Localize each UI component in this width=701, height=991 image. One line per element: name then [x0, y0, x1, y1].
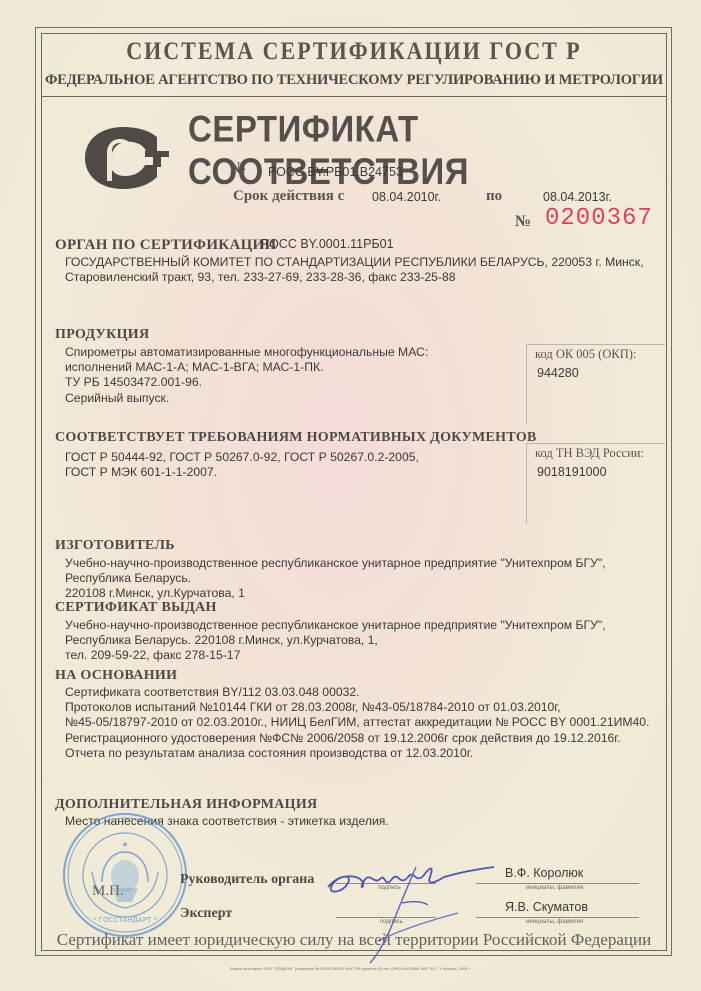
- head-label: Руководитель органа: [180, 872, 314, 888]
- certificate-number: РОСС BY.РБ01.В24753: [268, 165, 403, 179]
- svg-text:* ГОССТАНДАРТ *: * ГОССТАНДАРТ *: [93, 916, 158, 924]
- certification-body-code: РОСС BY.0001.11РБ01: [261, 237, 394, 251]
- validity-label: Срок действия с: [233, 188, 344, 205]
- okp-code-label: код ОК 005 (ОКП):: [535, 347, 665, 362]
- compliance-standards: ГОСТ Р 50444-92, ГОСТ Р 50267.0-92, ГОСТ…: [65, 450, 419, 480]
- head-name-line: [476, 883, 639, 884]
- blank-number: 0200367: [545, 205, 653, 232]
- official-stamp-icon: ★ * ГОССТАНДАРТ *: [62, 812, 188, 938]
- legal-statement: Сертификат имеет юридическую силу на все…: [41, 930, 667, 950]
- manufacturer-title: ИЗГОТОВИТЕЛЬ: [55, 538, 175, 554]
- issued-to-title: СЕРТИФИКАТ ВЫДАН: [55, 600, 217, 616]
- product-description: Спирометры автоматизированные многофункц…: [65, 345, 428, 406]
- system-title: СИСТЕМА СЕРТИФИКАЦИИ ГОСТ Р: [41, 36, 667, 66]
- expert-name-caption: инициалы, фамилия: [526, 919, 583, 925]
- agency-title: ФЕДЕРАЛЬНОЕ АГЕНТСТВО ПО ТЕХНИЧЕСКОМУ РЕ…: [41, 72, 667, 89]
- head-name: В.Ф. Королюк: [505, 866, 583, 880]
- svg-text:★: ★: [121, 840, 128, 849]
- compliance-title: СООТВЕТСТВУЕТ ТРЕБОВАНИЯМ НОРМАТИВНЫХ ДО…: [55, 430, 537, 446]
- stamp-place-label: М.П.: [92, 883, 124, 900]
- okp-code-value: 944280: [537, 366, 665, 380]
- expert-label: Эксперт: [180, 906, 232, 922]
- tnved-code-label: код ТН ВЭД России:: [535, 446, 665, 461]
- header-divider: [41, 96, 667, 97]
- print-info: Бланк изготовлен ЗАО "ОПЦИОН" (лицензия …: [0, 966, 701, 971]
- valid-from: 08.04.2010г.: [372, 190, 441, 204]
- blank-number-sign: №: [515, 213, 531, 231]
- certification-body-details: ГОСУДАРСТВЕННЫЙ КОМИТЕТ ПО СТАНДАРТИЗАЦИ…: [65, 255, 644, 285]
- valid-to-label: по: [486, 188, 502, 205]
- basis-title: НА ОСНОВАНИИ: [55, 668, 177, 684]
- additional-info-title: ДОПОЛНИТЕЛЬНАЯ ИНФОРМАЦИЯ: [55, 797, 317, 813]
- expert-name: Я.В. Скуматов: [505, 900, 588, 914]
- tnved-code-box: код ТН ВЭД России: 9018191000: [526, 443, 665, 524]
- okp-code-box: код ОК 005 (ОКП): 944280: [526, 344, 665, 425]
- issued-to-details: Учебно-научно-производственное республик…: [65, 618, 606, 664]
- tnved-code-value: 9018191000: [537, 465, 665, 479]
- head-name-caption: инициалы, фамилия: [526, 885, 583, 891]
- certification-body-title: ОРГАН ПО СЕРТИФИКАЦИИ: [55, 237, 277, 254]
- product-title: ПРОДУКЦИЯ: [55, 327, 149, 343]
- manufacturer-details: Учебно-научно-производственное республик…: [65, 556, 606, 602]
- certificate-title: СЕРТИФИКАТ СООТВЕТСТВИЯ: [188, 108, 701, 193]
- basis-details: Сертификата соответствия BY/112 03.03.04…: [65, 685, 649, 761]
- number-sign: №: [230, 160, 246, 178]
- valid-to: 08.04.2013г.: [543, 190, 612, 204]
- rst-mark-icon: [85, 127, 169, 189]
- expert-name-line: [476, 917, 639, 918]
